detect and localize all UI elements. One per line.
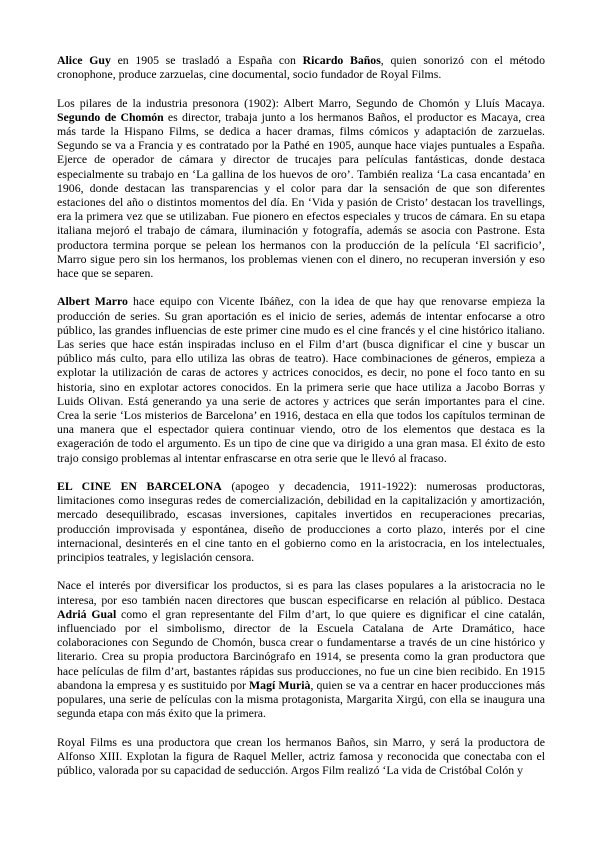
- text-run: es director, trabaja junto a los hermano…: [57, 110, 545, 280]
- text-run: Nace el interés por diversificar los pro…: [57, 578, 545, 606]
- bold-text-run: Magí Murià: [249, 678, 310, 692]
- bold-text-run: Alice Guy: [57, 53, 111, 67]
- bold-text-run: Adriá Gual: [57, 607, 116, 621]
- bold-text-run: EL CINE EN BARCELONA: [57, 479, 222, 493]
- paragraph: Albert Marro hace equipo con Vicente Ibá…: [57, 294, 545, 464]
- paragraph: Los pilares de la industria presonora (1…: [57, 96, 545, 281]
- paragraph: EL CINE EN BARCELONA (apogeo y decadenci…: [57, 479, 545, 564]
- text-run: en 1905 se trasladó a España con: [111, 53, 303, 67]
- bold-text-run: Segundo de Chomón: [57, 110, 164, 124]
- paragraph: Royal Films es una productora que crean …: [57, 735, 545, 778]
- paragraph: Nace el interés por diversificar los pro…: [57, 578, 545, 720]
- text-run: Royal Films es una productora que crean …: [57, 735, 545, 777]
- paragraph: Alice Guy en 1905 se trasladó a España c…: [57, 53, 545, 81]
- text-run: Los pilares de la industria presonora (1…: [57, 96, 545, 110]
- bold-text-run: Ricardo Baños: [303, 53, 381, 67]
- document-page: Alice Guy en 1905 se trasladó a España c…: [0, 0, 599, 848]
- text-run: hace equipo con Vicente Ibáñez, con la i…: [57, 294, 545, 464]
- bold-text-run: Albert Marro: [57, 294, 128, 308]
- document-body: Alice Guy en 1905 se trasladó a España c…: [57, 53, 545, 777]
